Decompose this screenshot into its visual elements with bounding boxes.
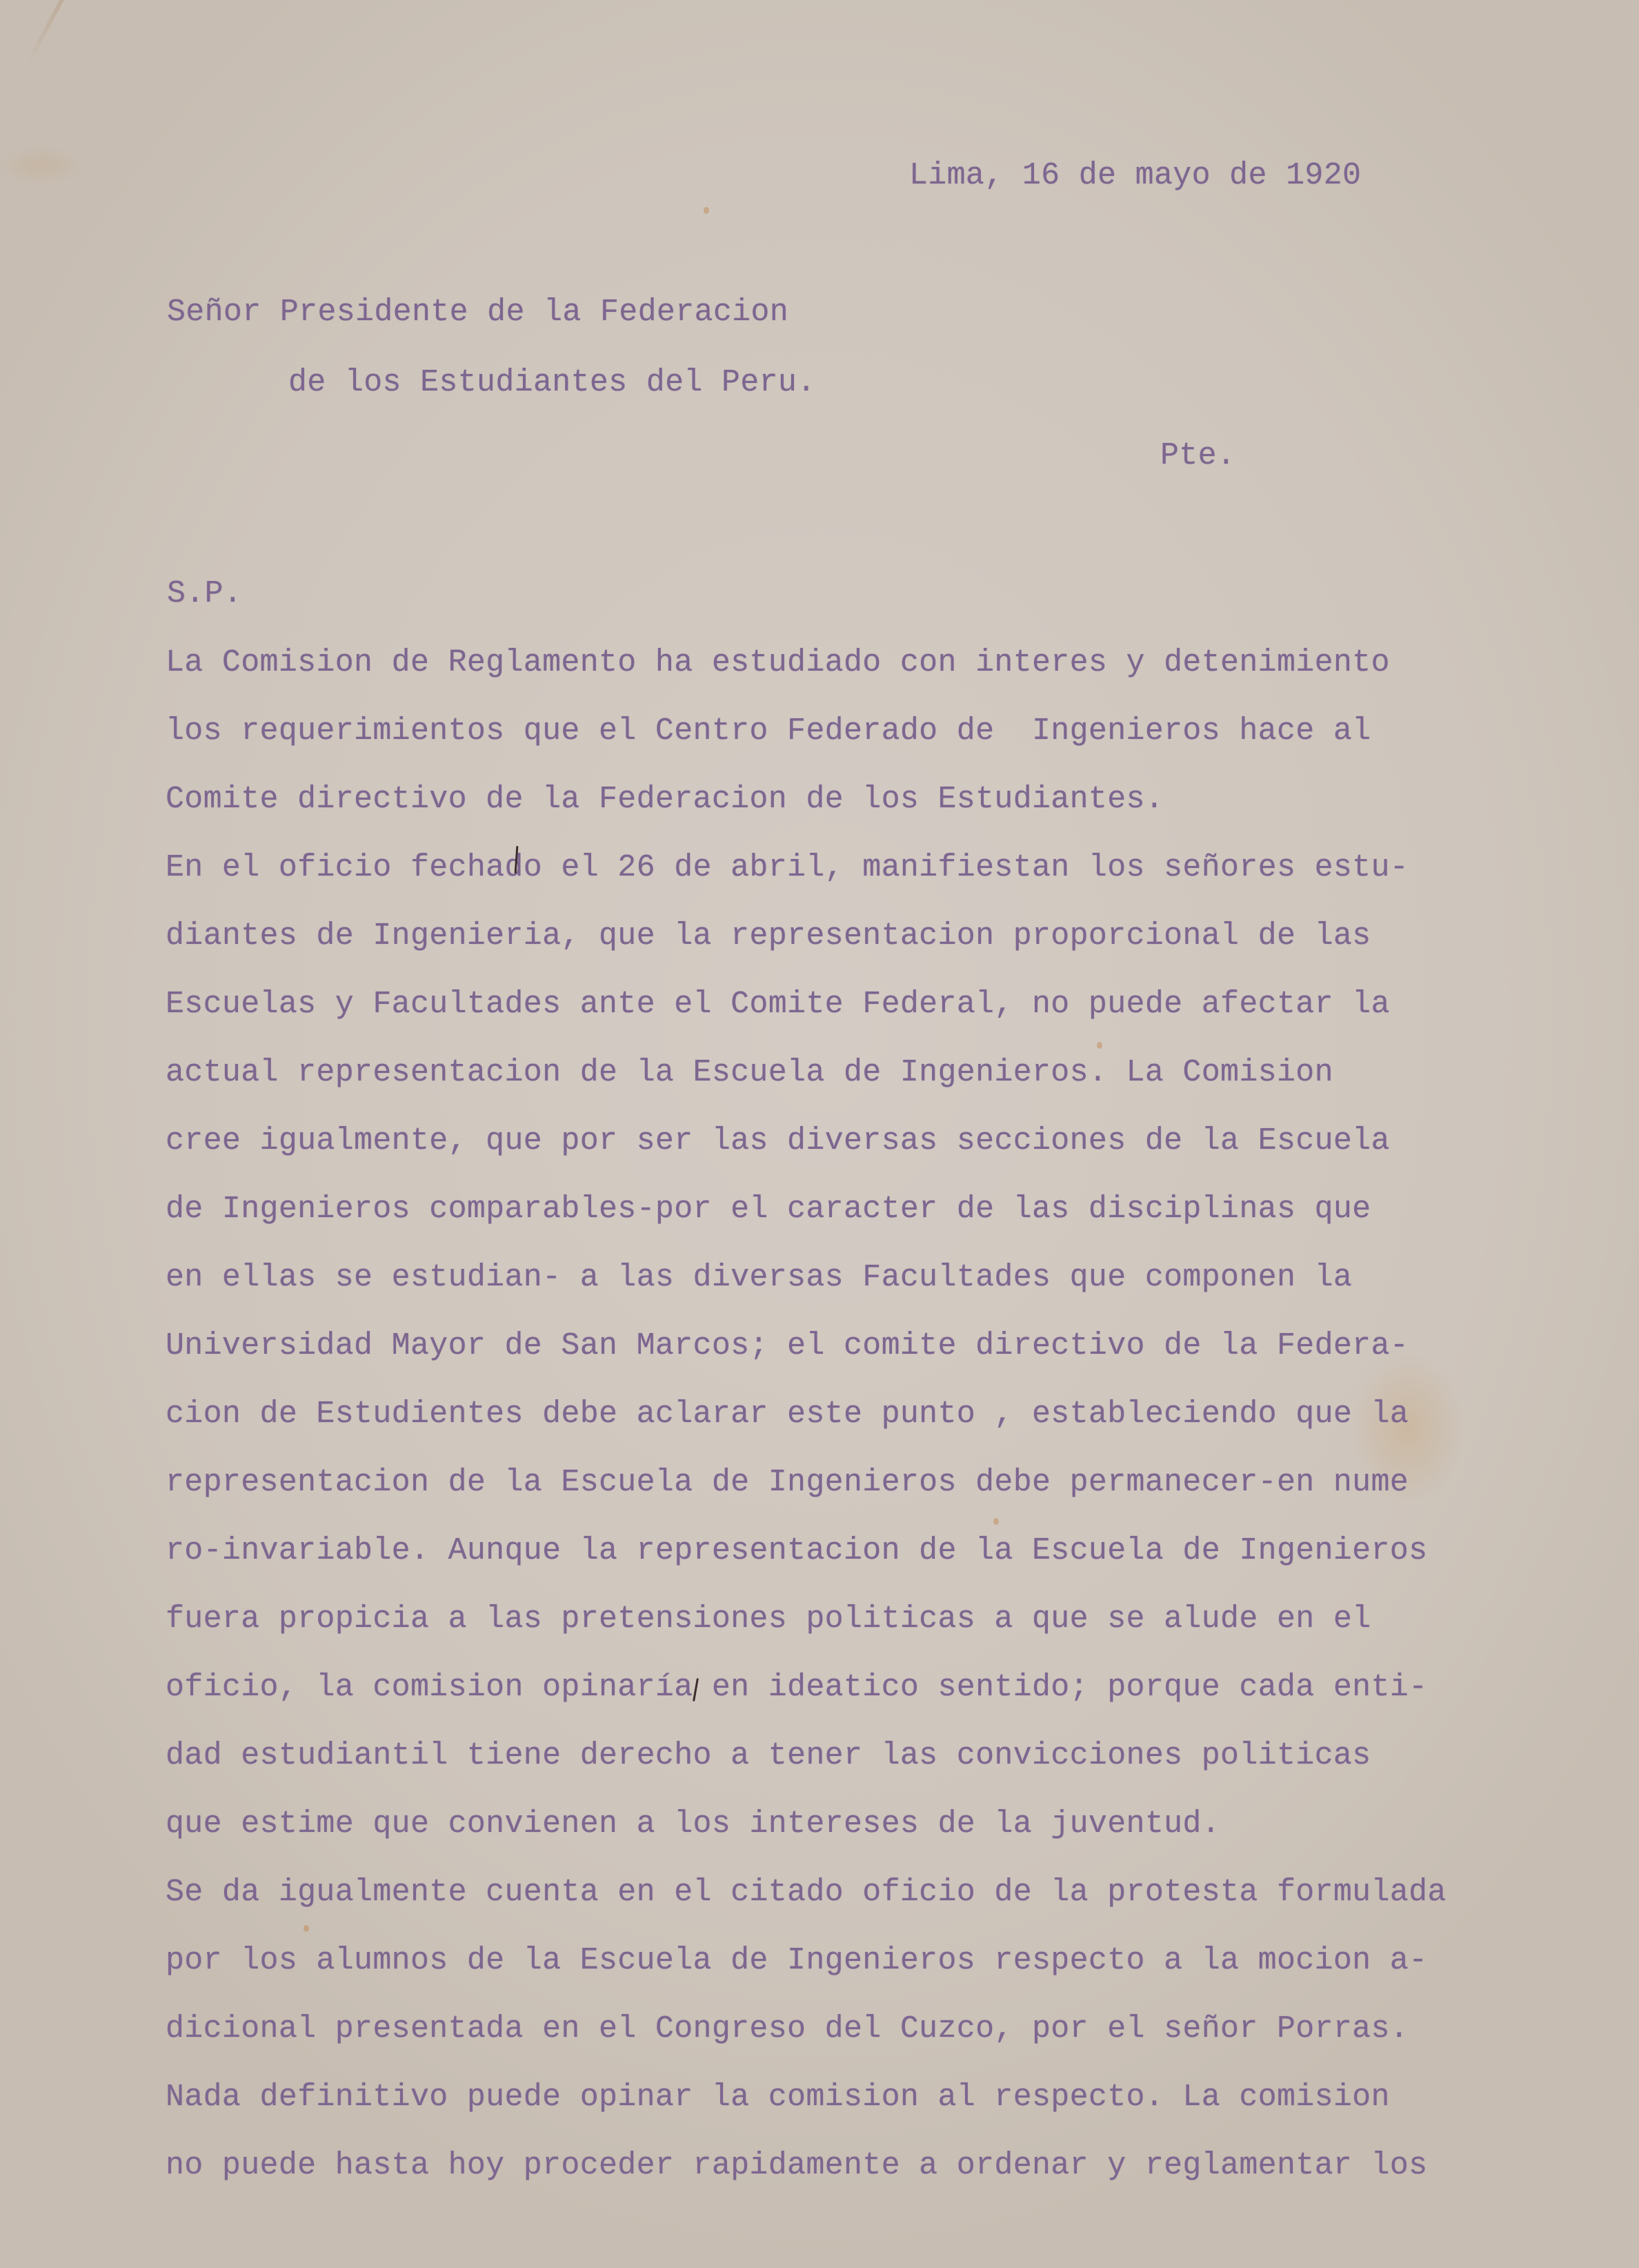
body-line: que estime que convienen a los intereses… [166, 1808, 1220, 1840]
body-line: Se da igualmente cuenta en el citado ofi… [166, 1877, 1447, 1908]
body-line: En el oficio fechado el 26 de abril, man… [166, 852, 1409, 883]
salutation: S.P. [167, 578, 242, 609]
body-line: representacion de la Escuela de Ingenier… [166, 1467, 1409, 1498]
body-line: por los alumnos de la Escuela de Ingenie… [166, 1945, 1427, 1976]
body-line: los requerimientos que el Centro Federad… [166, 716, 1371, 747]
body-line: Universidad Mayor de San Marcos; el comi… [166, 1330, 1409, 1361]
body-line: oficio, la comision opinaría en ideatico… [166, 1672, 1427, 1703]
body-line: en ellas se estudian- a las diversas Fac… [166, 1262, 1352, 1293]
body-line: cion de Estudientes debe aclarar este pu… [166, 1399, 1409, 1430]
body-line: fuera propicia a las pretensiones politi… [166, 1604, 1371, 1635]
stain-spot [304, 1925, 309, 1932]
body-line: dad estudiantil tiene derecho a tener la… [166, 1740, 1371, 1771]
stain-spot [993, 1518, 999, 1525]
body-line: diantes de Ingenieria, que la representa… [166, 920, 1371, 951]
letter-page: Lima, 16 de mayo de 1920 Señor President… [0, 0, 1639, 2268]
date-line: Lima, 16 de mayo de 1920 [909, 160, 1361, 191]
body-line: cree igualmente, que por ser las diversa… [166, 1125, 1390, 1156]
body-line: de Ingenieros comparables-por el caracte… [166, 1194, 1371, 1225]
body-line: Comite directivo de la Federacion de los… [166, 784, 1164, 815]
body-line: actual representacion de la Escuela de I… [166, 1057, 1333, 1088]
addressee-line-3: Pte. [1160, 440, 1235, 471]
addressee-line-1: Señor Presidente de la Federacion [167, 297, 788, 328]
paper-crease [26, 0, 113, 65]
body-line: no puede hasta hoy proceder rapidamente … [166, 2150, 1427, 2181]
body-line: dicional presentada en el Congreso del C… [166, 2013, 1409, 2044]
body-line: Escuelas y Facultades ante el Comite Fed… [166, 989, 1390, 1020]
stain-spot [704, 207, 709, 214]
body-line: La Comision de Reglamento ha estudiado c… [166, 647, 1390, 678]
body-line: Nada definitivo puede opinar la comision… [166, 2082, 1390, 2113]
body-line: ro-invariable. Aunque la representacion … [166, 1535, 1427, 1566]
addressee-line-2: de los Estudiantes del Peru. [288, 367, 816, 398]
stain-spot [1097, 1042, 1102, 1049]
